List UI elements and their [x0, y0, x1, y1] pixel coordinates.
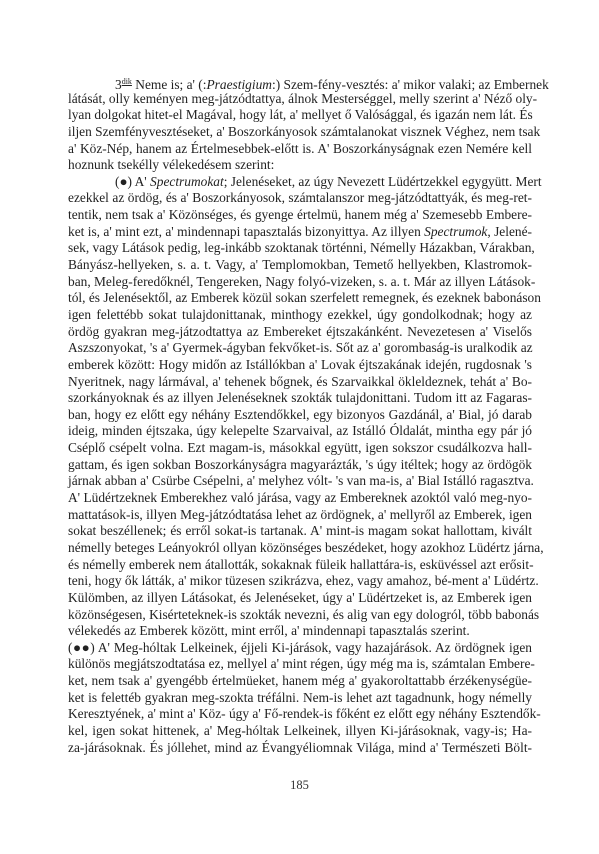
text-line: A' Lüdértzeknek Emberekhez való járása, …	[68, 490, 532, 507]
text-line: szorkányoknak és az illyen Jelenéseknek …	[68, 390, 532, 407]
text-line: ket, nem tsak a' gyengébb értelmüeket, h…	[68, 673, 532, 690]
text-line: tentik, nem tsak a' Közönséges, és gyeng…	[68, 207, 532, 224]
text-line: sek, vagy Látások pedig, leg-inkább szok…	[68, 240, 532, 257]
text-line: emberek között: Hogy midőn az Istállókba…	[68, 357, 532, 374]
text-line: a' Köz-Nép, hanem az Értelmesebbek-előtt…	[68, 141, 532, 158]
text-line: ördög gyakran meg-játzodtattya az Embere…	[68, 324, 532, 341]
text-line: sokat beszéllenek; és erről sokat-is tar…	[68, 523, 532, 540]
text-line: Bányász-hellyeken, s. a. t. Vagy, a' Tem…	[68, 257, 532, 274]
text-line: hoznunk tsekélly vélekedésem szerint:	[68, 157, 532, 174]
text-line: (●) A' Spectrumokat; Jelenéseket, az úgy…	[68, 174, 532, 191]
text-line: járnak abban a' Csürbe Csépelni, a' mely…	[68, 473, 532, 490]
text-line: Cséplő csépelt volna. Ezt magam-is, máso…	[68, 440, 532, 457]
text-line: za-járásoknak. És jóllehet, mind az Évan…	[68, 740, 532, 757]
text-line: és némelly emberek nem átallották, sokak…	[68, 557, 532, 574]
text-line: közönségesen, Kisérteteknek-is szokták n…	[68, 607, 532, 624]
body-text: 3dik Neme is; a' (:Praestigium:) Szem-fé…	[68, 74, 532, 756]
text-line: (●●) A' Meg-hóltak Lelkeinek, éjjeli Ki-…	[68, 640, 532, 657]
text-line: Keresztyének, a' mint a' Köz- úgy a' Fő-…	[68, 706, 532, 723]
text-line: ideig, minden éjtszaka, úgy kelepelte Sz…	[68, 423, 532, 440]
text-line: látását, olly keményen meg-játzódtattya,…	[68, 91, 532, 108]
text-line: különös megjátszodtatása ez, mellyel a' …	[68, 656, 532, 673]
text-line: iljen Szemfényvesztéseket, a' Boszorkány…	[68, 124, 532, 141]
text-line: ket is, a' mint ezt, a' mindennapi tapas…	[68, 224, 532, 241]
text-line: ket is felettéb gyakran meg-szokta tréfá…	[68, 690, 532, 707]
text-line: vélekedés az Emberek között, mint erről,…	[68, 623, 532, 640]
text-line: tól, és Jelenésektől, az Emberek közül s…	[68, 290, 532, 307]
text-line: mattatások-is, illyen Meg-játzódtatása l…	[68, 507, 532, 524]
text-line: némelly beteges Leányokról ollyan közöns…	[68, 540, 532, 557]
document-page: 3dik Neme is; a' (:Praestigium:) Szem-fé…	[0, 0, 599, 854]
text-line: igen felettébb sokat tulajdonittanak, mi…	[68, 307, 532, 324]
text-line: gattam, és igen sokban Boszorkányságra m…	[68, 457, 532, 474]
text-line: ban, hogy ez előtt egy néhány Esztendőkk…	[68, 407, 532, 424]
text-line: Nyeritnek, nagy lármával, a' tehenek bőg…	[68, 374, 532, 391]
text-line: lyan dolgokat hitet-el Magával, hogy lát…	[68, 107, 532, 124]
text-line: ezekkel az ördög, és a' Boszorkányosok, …	[68, 190, 532, 207]
page-number: 185	[0, 778, 599, 793]
text-line: ban, Meleg-feredőknél, Tengereken, Nagy …	[68, 274, 532, 291]
text-line: teni, hogy ők látták, a' mikor tüzesen s…	[68, 573, 532, 590]
text-line: 3dik Neme is; a' (:Praestigium:) Szem-fé…	[68, 74, 532, 91]
text-line: Külömben, az illyen Látásokat, és Jelené…	[68, 590, 532, 607]
text-line: Aszszonyokat, 's a' Gyermek-ágyban fekvő…	[68, 340, 532, 357]
text-line: kel, igen sokat hittenek, a' Meg-hóltak …	[68, 723, 532, 740]
